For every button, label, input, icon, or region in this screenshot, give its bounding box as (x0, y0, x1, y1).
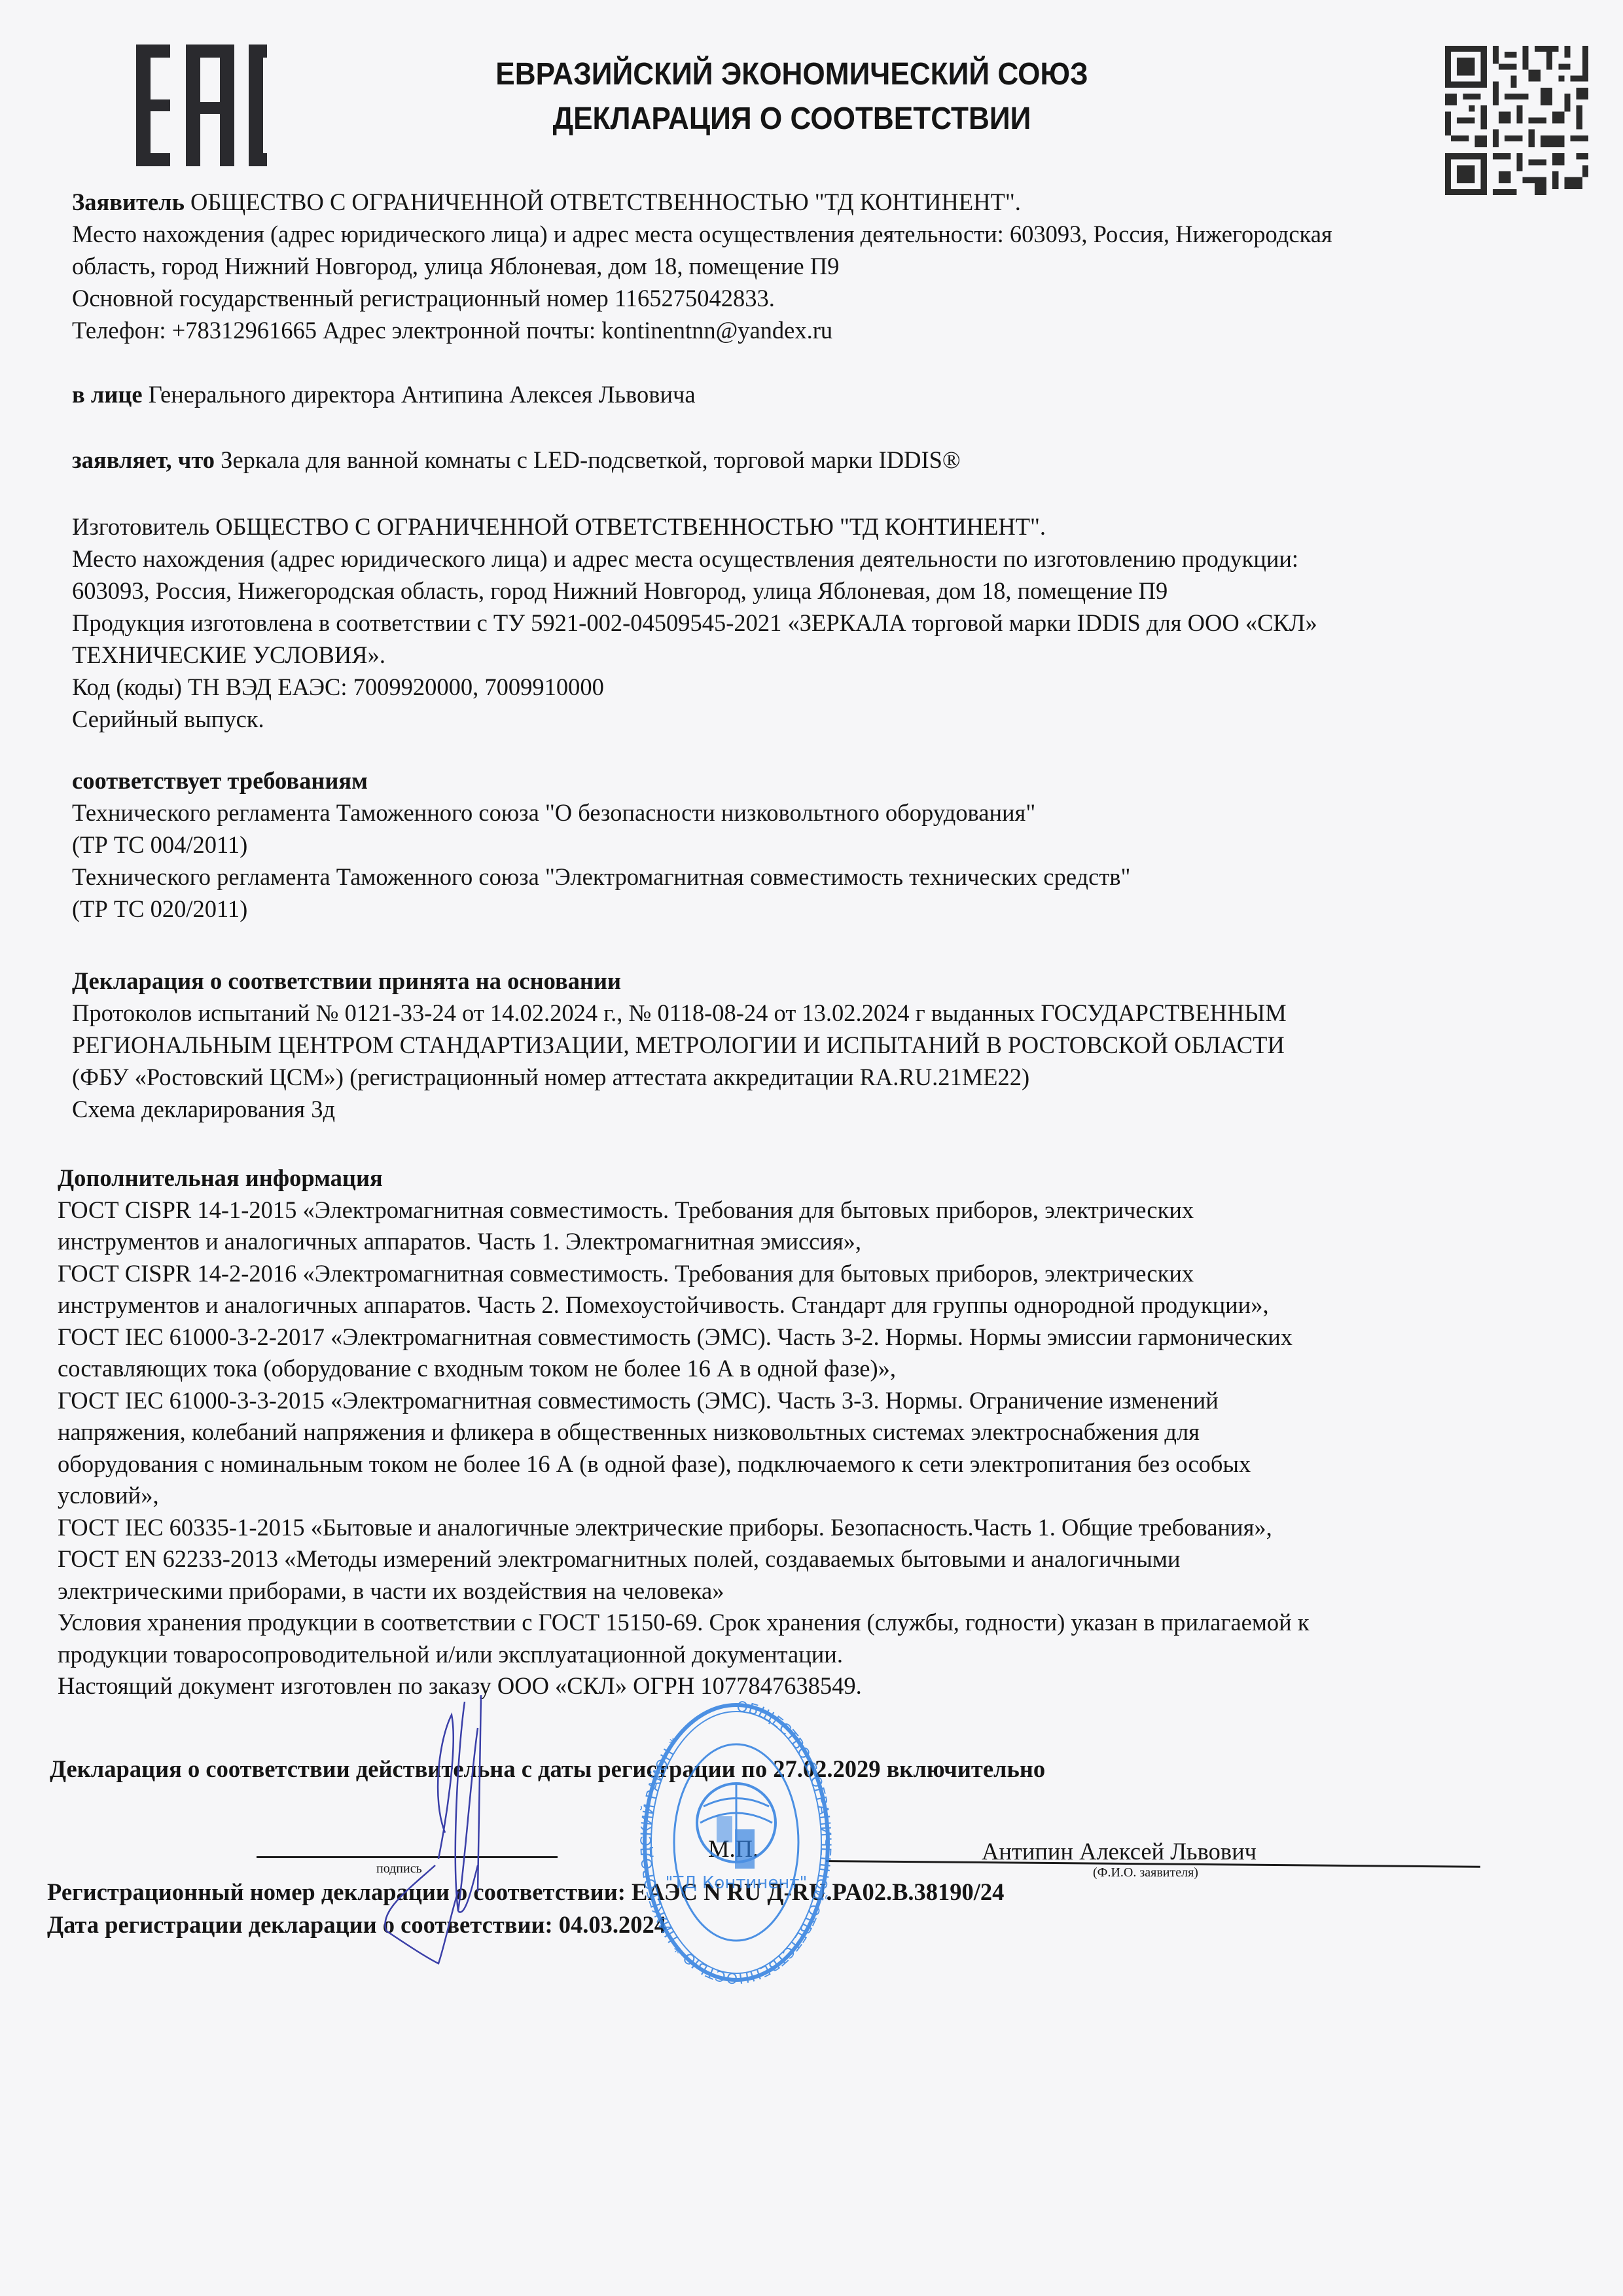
applicant-section: Заявитель ОБЩЕСТВО С ОГРАНИЧЕННОЙ ОТВЕТС… (72, 186, 1332, 346)
handwritten-signature-icon (366, 1695, 641, 1970)
representative-label: в лице (72, 381, 143, 408)
manufacturer-spec-line2: ТЕХНИЧЕСКИЕ УСЛОВИЯ». (72, 639, 1317, 671)
eac-logo-icon (136, 39, 267, 170)
applicant-address-line2: область, город Нижний Новгород, улица Яб… (72, 250, 1332, 282)
manufacturer-name: Изготовитель ОБЩЕСТВО С ОГРАНИЧЕННОЙ ОТВ… (72, 511, 1317, 543)
additional-line: ГОСТ IEC 61000-3-3-2015 «Электромагнитна… (58, 1385, 1310, 1417)
manufacturer-section: Изготовитель ОБЩЕСТВО С ОГРАНИЧЕННОЙ ОТВ… (72, 511, 1317, 735)
basis-section: Декларация о соответствии принята на осн… (72, 965, 1287, 1125)
additional-line: ГОСТ IEC 60335-1-2015 «Бытовые и аналоги… (58, 1512, 1310, 1544)
additional-line: продукции товаросопроводительной и/или э… (58, 1639, 1310, 1671)
applicant-ogrn: Основной государственный регистрационный… (72, 282, 1332, 314)
additional-line: напряжения, колебаний напряжения и флике… (58, 1416, 1310, 1448)
requirements-section: соответствует требованиям Технического р… (72, 764, 1130, 925)
additional-line: Условия хранения продукции в соответстви… (58, 1607, 1310, 1639)
requirements-heading: соответствует требованиям (72, 764, 1130, 797)
additional-line: оборудования с номинальным током не боле… (58, 1448, 1310, 1480)
union-title: ЕВРАЗИЙСКИЙ ЭКОНОМИЧЕСКИЙ СОЮЗ (425, 52, 1159, 97)
basis-line: РЕГИОНАЛЬНЫМ ЦЕНТРОМ СТАНДАРТИЗАЦИИ, МЕТ… (72, 1029, 1287, 1061)
name-caption: (Ф.И.О. заявителя) (1093, 1865, 1198, 1880)
representative-text: Генерального директора Антипина Алексея … (149, 381, 696, 408)
additional-line: ГОСТ CISPR 14-2-2016 «Электромагнитная с… (58, 1258, 1310, 1290)
basis-heading: Декларация о соответствии принята на осн… (72, 965, 1287, 997)
basis-line: (ФБУ «Ростовский ЦСМ») (регистрационный … (72, 1061, 1287, 1093)
additional-line: условий», (58, 1480, 1310, 1512)
additional-line: инструментов и аналогичных аппаратов. Ча… (58, 1289, 1310, 1321)
additional-line: ГОСТ CISPR 14-1-2015 «Электромагнитная с… (58, 1194, 1310, 1227)
requirement-line: (ТР ТС 004/2011) (72, 829, 1130, 861)
serial-production: Серийный выпуск. (72, 703, 1317, 735)
applicant-name: ОБЩЕСТВО С ОГРАНИЧЕННОЙ ОТВЕТСТВЕННОСТЬЮ… (190, 188, 1021, 215)
hs-codes: Код (коды) ТН ВЭД ЕАЭС: 7009920000, 7009… (72, 671, 1317, 703)
qr-code-icon (1445, 39, 1594, 202)
declaration-scheme: Схема декларирования 3д (72, 1093, 1287, 1125)
additional-line: ГОСТ EN 62233-2013 «Методы измерений эле… (58, 1543, 1310, 1575)
applicant-address-line1: Место нахождения (адрес юридического лиц… (72, 218, 1332, 250)
stamp-company-name: "ТД Континент" (666, 1873, 808, 1893)
additional-info-section: Дополнительная информация ГОСТ CISPR 14-… (58, 1162, 1310, 1702)
additional-line: составляющих тока (оборудование с входны… (58, 1353, 1310, 1385)
declares-label: заявляет, что (72, 446, 215, 473)
product-description: Зеркала для ванной комнаты с LED-подсвет… (221, 446, 960, 473)
applicant-label: Заявитель (72, 188, 185, 215)
declaration-page: ЕВРАЗИЙСКИЙ ЭКОНОМИЧЕСКИЙ СОЮЗ ДЕКЛАРАЦИ… (0, 0, 1623, 2296)
declares-section: заявляет, что Зеркала для ванной комнаты… (72, 444, 961, 476)
basis-line: Протоколов испытаний № 0121-33-24 от 14.… (72, 997, 1287, 1029)
manufacturer-address-line2: 603093, Россия, Нижегородская область, г… (72, 575, 1317, 607)
manufacturer-address-line1: Место нахождения (адрес юридического лиц… (72, 543, 1317, 575)
requirement-line: (ТР ТС 020/2011) (72, 893, 1130, 925)
additional-line: электрическими приборами, в части их воз… (58, 1575, 1310, 1607)
manufacturer-spec-line1: Продукция изготовлена в соответствии с Т… (72, 607, 1317, 639)
declaration-title: ДЕКЛАРАЦИЯ О СООТВЕТСТВИИ (425, 97, 1159, 141)
additional-line: инструментов и аналогичных аппаратов. Ча… (58, 1226, 1310, 1258)
additional-line: ГОСТ IEC 61000-3-2-2017 «Электромагнитна… (58, 1321, 1310, 1354)
requirement-line: Технического регламента Таможенного союз… (72, 797, 1130, 829)
additional-info-heading: Дополнительная информация (58, 1162, 1310, 1194)
requirement-line: Технического регламента Таможенного союз… (72, 861, 1130, 893)
document-header: ЕВРАЗИЙСКИЙ ЭКОНОМИЧЕСКИЙ СОЮЗ ДЕКЛАРАЦИ… (425, 52, 1159, 141)
representative-section: в лице Генерального директора Антипина А… (72, 378, 696, 410)
applicant-contacts: Телефон: +78312961665 Адрес электронной … (72, 314, 1332, 346)
